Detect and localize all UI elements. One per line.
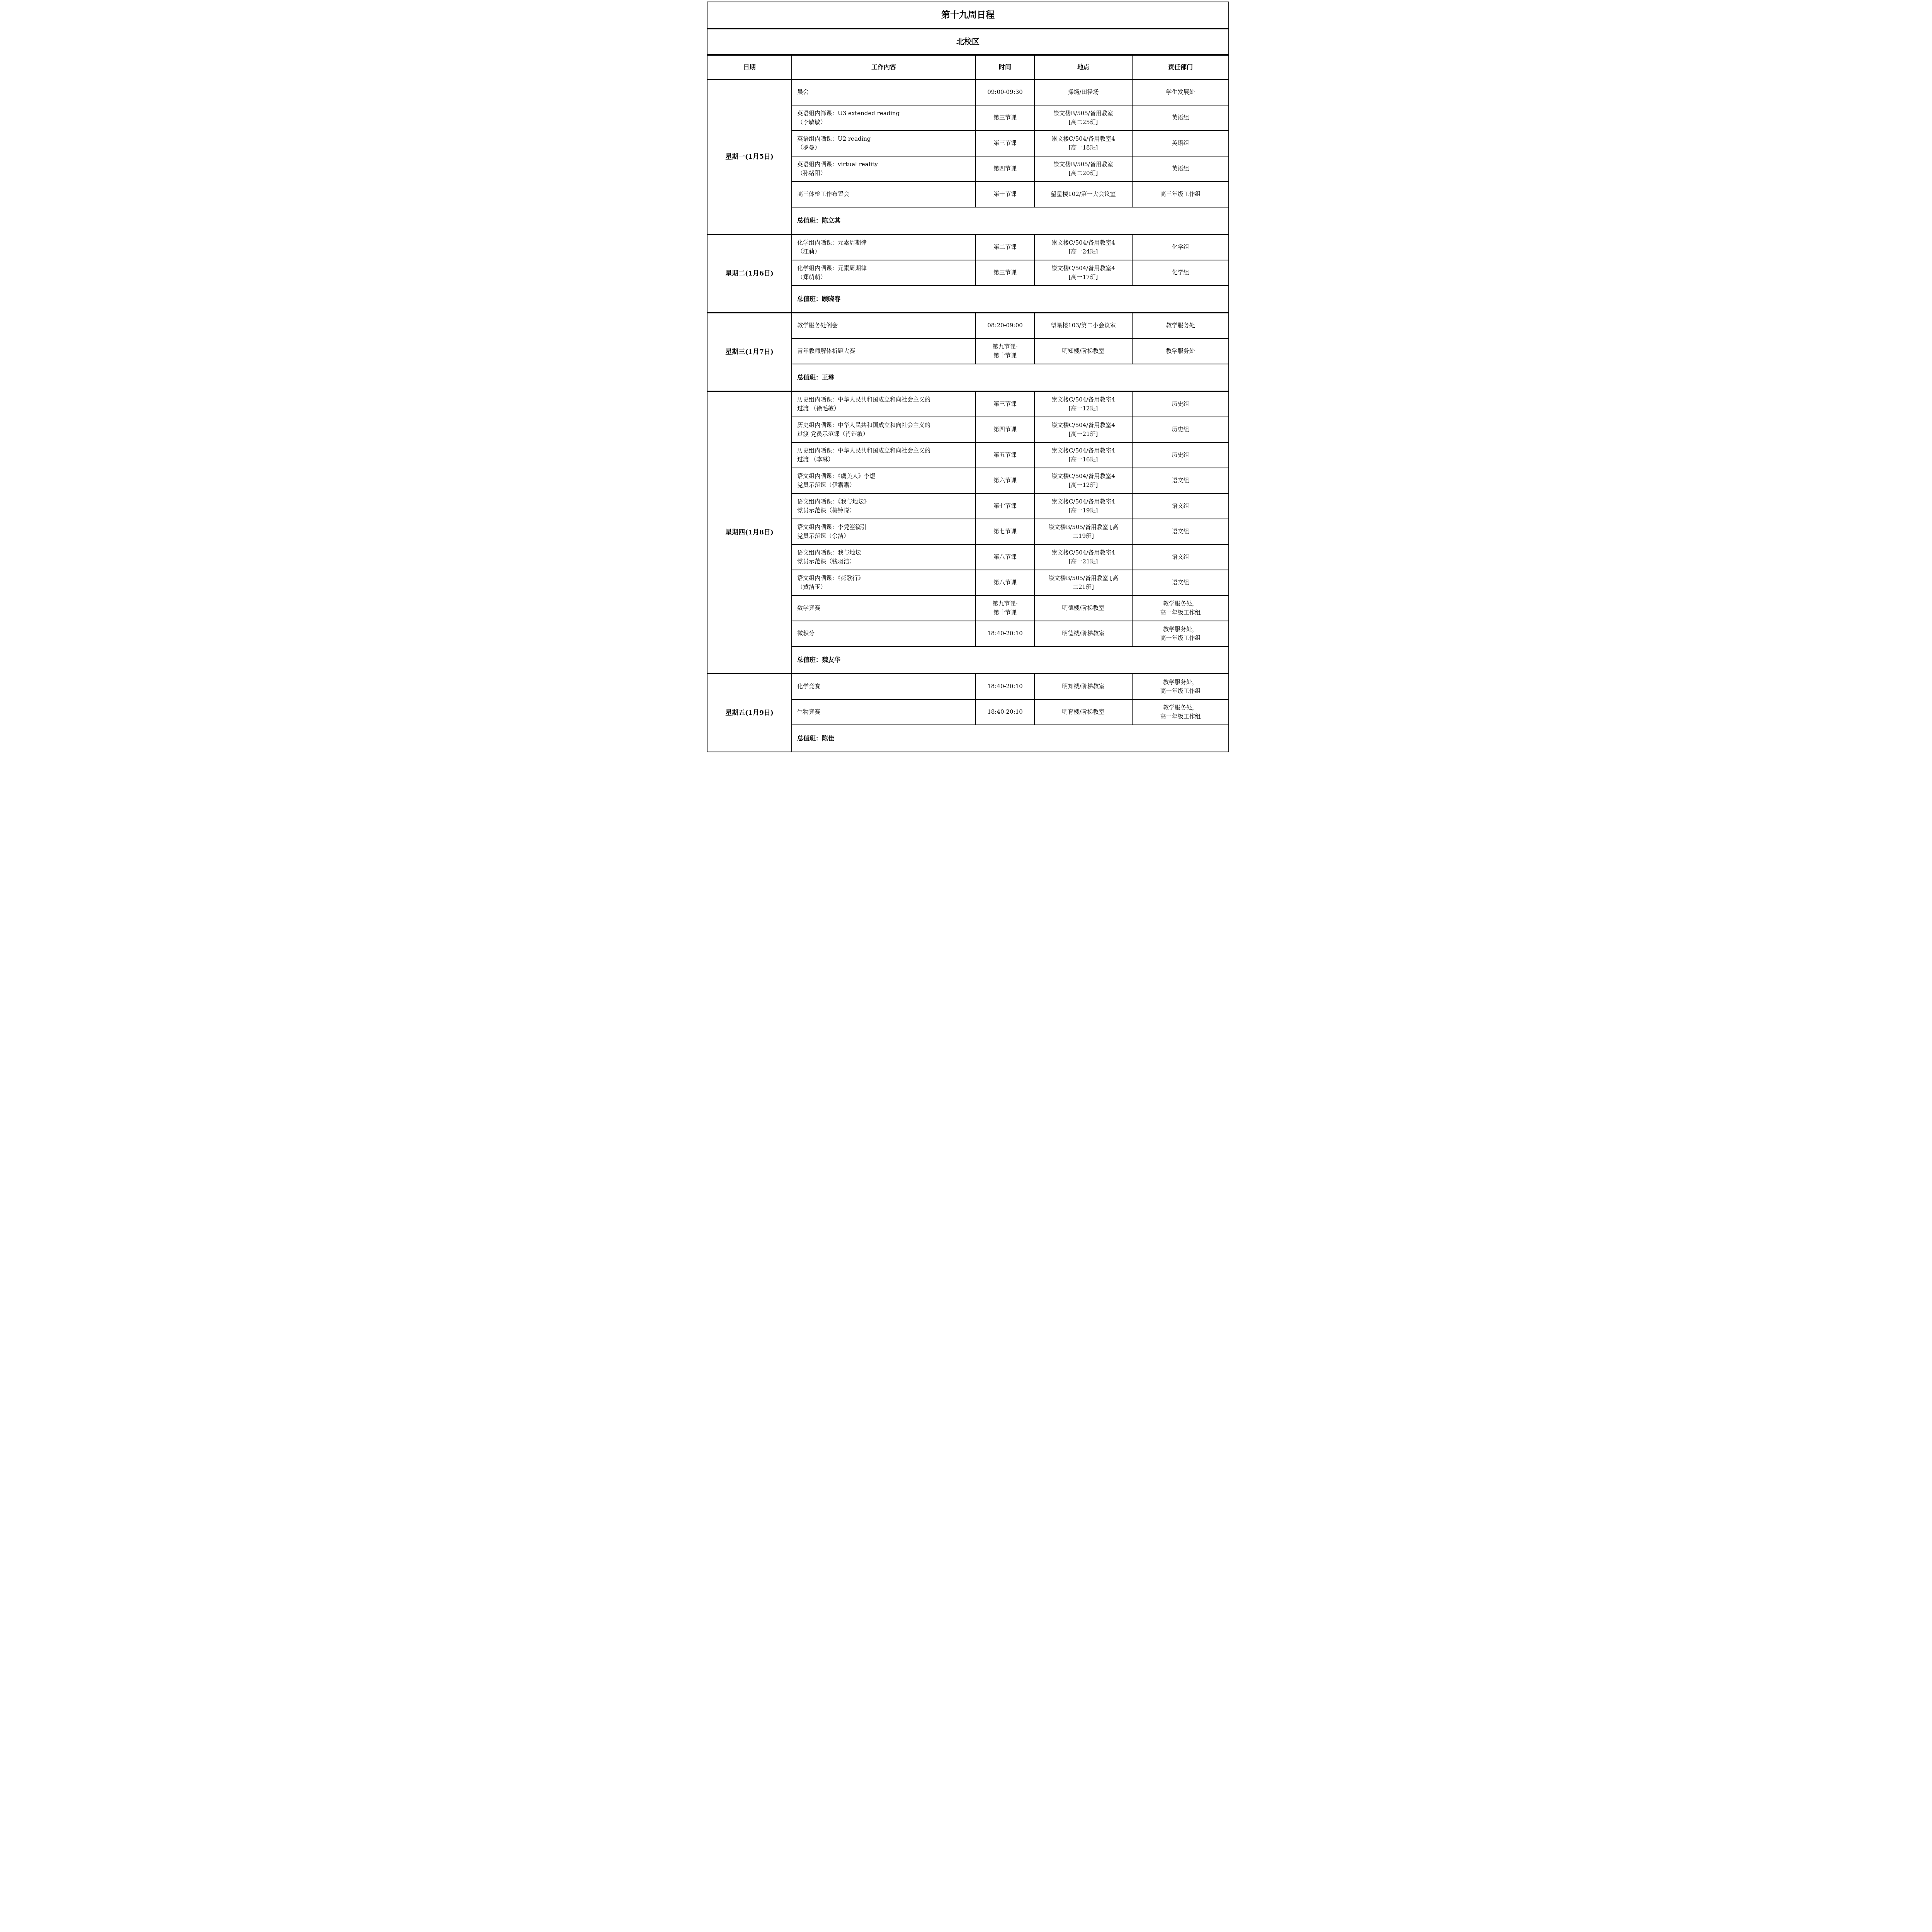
- time-cell: 08:20-09:00: [976, 313, 1034, 339]
- time-cell: 第五节课: [976, 442, 1034, 468]
- column-header-department: 责任部门: [1132, 55, 1229, 80]
- dept-cell: 教学服务处: [1132, 313, 1229, 339]
- content-cell: 生物竞赛: [792, 699, 976, 725]
- dept-cell: 语文组: [1132, 519, 1229, 544]
- day-label: 星期三(1月7日): [707, 313, 792, 391]
- day-label: 星期二(1月6日): [707, 235, 792, 313]
- time-cell: 第八节课: [976, 570, 1034, 595]
- dept-cell: 化学组: [1132, 235, 1229, 260]
- column-header-time: 时间: [976, 55, 1034, 80]
- time-cell: 第十节课: [976, 182, 1034, 207]
- content-cell: 高三体检工作布置会: [792, 182, 976, 207]
- day-label: 星期五(1月9日): [707, 674, 792, 752]
- location-cell: 崇文楼C/504/备用教室4 [高一16班]: [1034, 442, 1132, 468]
- schedule-row: 星期二(1月6日)化学组内晒课：元素周期律 （江莉）第二节课崇文楼C/504/备…: [707, 235, 1229, 260]
- schedule-row: 星期一(1月5日)晨会09:00-09:30操场/田径场学生发展处: [707, 80, 1229, 105]
- dept-cell: 英语组: [1132, 131, 1229, 156]
- duty-officer: 总值班：魏友华: [792, 646, 1229, 674]
- column-header-date: 日期: [707, 55, 792, 80]
- dept-cell: 英语组: [1132, 156, 1229, 182]
- location-cell: 崇文楼C/504/备用教室4 [高一21班]: [1034, 417, 1132, 442]
- dept-cell: 语文组: [1132, 544, 1229, 570]
- title-row: 第十九周日程: [707, 2, 1229, 29]
- time-cell: 第九节课- 第十节课: [976, 595, 1034, 621]
- location-cell: 望星楼103/第二小会议室: [1034, 313, 1132, 339]
- location-cell: 崇文楼B/505/备用教室 [高二20班]: [1034, 156, 1132, 182]
- content-cell: 语文组内晒课：我与地坛 党员示范课（钱羽洁）: [792, 544, 976, 570]
- location-cell: 崇文楼C/504/备用教室4 [高一12班]: [1034, 391, 1132, 417]
- location-cell: 崇文楼C/504/备用教室4 [高一17班]: [1034, 260, 1132, 286]
- time-cell: 第三节课: [976, 391, 1034, 417]
- location-cell: 崇文楼C/504/备用教室4 [高一18班]: [1034, 131, 1132, 156]
- schedule-page: 第十九周日程 北校区 日期 工作内容 时间 地点 责任部门 星期一(1月5日)晨…: [705, 0, 1227, 769]
- time-cell: 09:00-09:30: [976, 80, 1034, 105]
- content-cell: 历史组内晒课：中华人民共和国成立和向社会主义的 过渡 党员示范课（肖钰敏）: [792, 417, 976, 442]
- page-title: 第十九周日程: [707, 2, 1229, 29]
- duty-officer: 总值班：陈立其: [792, 207, 1229, 235]
- content-cell: 教学服务处例会: [792, 313, 976, 339]
- duty-officer: 总值班：顾晓春: [792, 286, 1229, 313]
- dept-cell: 历史组: [1132, 391, 1229, 417]
- content-cell: 数学竞赛: [792, 595, 976, 621]
- duty-officer: 总值班：陈佳: [792, 725, 1229, 752]
- location-cell: 崇文楼C/504/备用教室4 [高一19班]: [1034, 493, 1132, 519]
- time-cell: 第四节课: [976, 417, 1034, 442]
- time-cell: 第四节课: [976, 156, 1034, 182]
- dept-cell: 语文组: [1132, 570, 1229, 595]
- campus-label: 北校区: [707, 29, 1229, 55]
- dept-cell: 学生发展处: [1132, 80, 1229, 105]
- content-cell: 语文组内晒课：《虞美人》李煜 党员示范课（伊霜霜）: [792, 468, 976, 493]
- content-cell: 英语组内筛课：U3 extended reading （李敏敏）: [792, 105, 976, 131]
- column-header-location: 地点: [1034, 55, 1132, 80]
- time-cell: 第八节课: [976, 544, 1034, 570]
- time-cell: 18:40-20:10: [976, 621, 1034, 646]
- time-cell: 18:40-20:10: [976, 699, 1034, 725]
- content-cell: 历史组内晒课：中华人民共和国成立和向社会主义的 过渡 （李琳）: [792, 442, 976, 468]
- content-cell: 化学组内晒课：元素周期律 （江莉）: [792, 235, 976, 260]
- schedule-body: 星期一(1月5日)晨会09:00-09:30操场/田径场学生发展处英语组内筛课：…: [707, 80, 1229, 752]
- location-cell: 崇文楼B/505/备用教室 [高二25班]: [1034, 105, 1132, 131]
- location-cell: 崇文楼C/504/备用教室4 [高一24班]: [1034, 235, 1132, 260]
- location-cell: 崇文楼B/505/备用教室 [高 二21班]: [1034, 570, 1132, 595]
- content-cell: 语文组内晒课：李凭箜篌引 党员示范课（余洁）: [792, 519, 976, 544]
- time-cell: 第三节课: [976, 131, 1034, 156]
- location-cell: 明知楼/阶梯教室: [1034, 674, 1132, 700]
- content-cell: 青年教师解体析题大赛: [792, 338, 976, 364]
- dept-cell: 英语组: [1132, 105, 1229, 131]
- location-cell: 崇文楼C/504/备用教室4 [高一21班]: [1034, 544, 1132, 570]
- schedule-row: 星期五(1月9日)化学竞赛18:40-20:10明知楼/阶梯教室教学服务处， 高…: [707, 674, 1229, 700]
- dept-cell: 历史组: [1132, 417, 1229, 442]
- content-cell: 化学组内晒课：元素周期律 （郑萌萌）: [792, 260, 976, 286]
- content-cell: 语文组内晒课：《燕歌行》 （黄洁玉）: [792, 570, 976, 595]
- column-header-row: 日期 工作内容 时间 地点 责任部门: [707, 55, 1229, 80]
- dept-cell: 化学组: [1132, 260, 1229, 286]
- time-cell: 第六节课: [976, 468, 1034, 493]
- content-cell: 化学竞赛: [792, 674, 976, 700]
- location-cell: 崇文楼C/504/备用教室4 [高一12班]: [1034, 468, 1132, 493]
- content-cell: 英语组内晒课：U2 reading （罗曼）: [792, 131, 976, 156]
- dept-cell: 教学服务处， 高一年级工作组: [1132, 595, 1229, 621]
- time-cell: 第七节课: [976, 519, 1034, 544]
- time-cell: 18:40-20:10: [976, 674, 1034, 700]
- location-cell: 明知楼/阶梯教室: [1034, 338, 1132, 364]
- schedule-row: 星期三(1月7日)教学服务处例会08:20-09:00望星楼103/第二小会议室…: [707, 313, 1229, 339]
- column-header-content: 工作内容: [792, 55, 976, 80]
- schedule-table: 第十九周日程 北校区 日期 工作内容 时间 地点 责任部门 星期一(1月5日)晨…: [707, 2, 1229, 752]
- dept-cell: 教学服务处， 高一年级工作组: [1132, 674, 1229, 700]
- location-cell: 明德楼/阶梯教室: [1034, 595, 1132, 621]
- dept-cell: 历史组: [1132, 442, 1229, 468]
- time-cell: 第九节课- 第十节课: [976, 338, 1034, 364]
- location-cell: 崇文楼B/505/备用教室 [高 二19班]: [1034, 519, 1132, 544]
- day-label: 星期一(1月5日): [707, 80, 792, 235]
- dept-cell: 教学服务处， 高一年级工作组: [1132, 699, 1229, 725]
- time-cell: 第七节课: [976, 493, 1034, 519]
- schedule-row: 星期四(1月8日)历史组内晒课：中华人民共和国成立和向社会主义的 过渡 （徐毛敏…: [707, 391, 1229, 417]
- content-cell: 微积分: [792, 621, 976, 646]
- content-cell: 晨会: [792, 80, 976, 105]
- dept-cell: 语文组: [1132, 468, 1229, 493]
- content-cell: 历史组内晒课：中华人民共和国成立和向社会主义的 过渡 （徐毛敏）: [792, 391, 976, 417]
- dept-cell: 教学服务处， 高一年级工作组: [1132, 621, 1229, 646]
- time-cell: 第三节课: [976, 260, 1034, 286]
- time-cell: 第三节课: [976, 105, 1034, 131]
- dept-cell: 教学服务处: [1132, 338, 1229, 364]
- content-cell: 英语组内晒课：virtual reality （孙绪阳）: [792, 156, 976, 182]
- duty-officer: 总值班：王琳: [792, 364, 1229, 391]
- dept-cell: 高三年级工作组: [1132, 182, 1229, 207]
- campus-row: 北校区: [707, 29, 1229, 55]
- dept-cell: 语文组: [1132, 493, 1229, 519]
- location-cell: 明德楼/阶梯教室: [1034, 621, 1132, 646]
- time-cell: 第二节课: [976, 235, 1034, 260]
- day-label: 星期四(1月8日): [707, 391, 792, 674]
- location-cell: 望星楼102/第一大会议室: [1034, 182, 1132, 207]
- location-cell: 明育楼/阶梯教室: [1034, 699, 1132, 725]
- location-cell: 操场/田径场: [1034, 80, 1132, 105]
- content-cell: 语文组内晒课：《我与地坛》 党员示范课（梅铃悦）: [792, 493, 976, 519]
